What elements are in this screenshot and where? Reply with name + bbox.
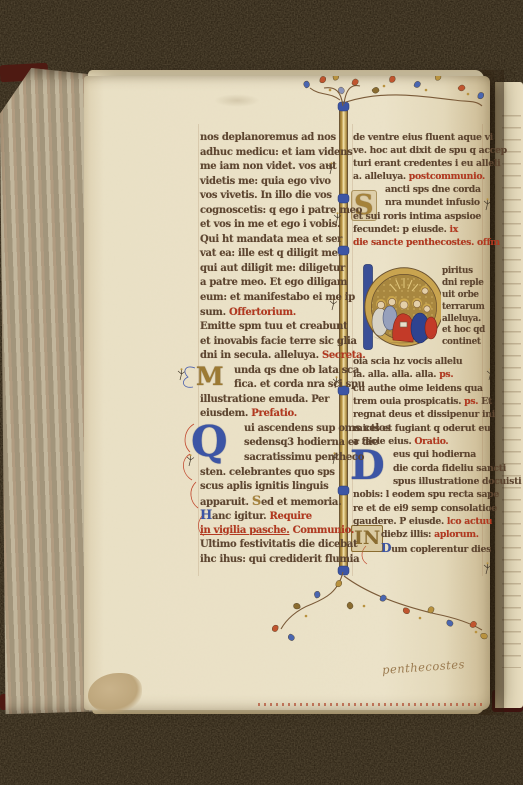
text-line: illustratione emuda. Per [200,393,350,408]
text-line: spus illustratione docuisti [353,475,484,488]
body-text: adhuc medicu: et iam videns [200,147,352,158]
body-text: a patre meo. Et ego diligam [200,277,347,288]
body-text: vos vivetis. In illo die vos [200,190,332,201]
body-text: continet [442,337,481,347]
text-line: uit orbe [442,290,486,302]
text-line: die corda fideliu sancti [353,462,484,475]
body-text: me iam non videt. vos aut [200,161,336,172]
rubric-text: lco actuu [447,516,492,527]
text-line: Emitte spm tuu et creabunt [200,320,350,335]
text-line: micis et fugiant q oderut eu [353,422,484,435]
body-text: piritus [442,266,473,276]
rubric-text: Communio. [293,525,354,536]
body-text: sum. [200,307,229,318]
body-text: unda qs dne ob lata sca [234,365,359,376]
body-text: et hoc qd [442,325,485,335]
text-line: de ventre eius fluent aque vi [353,131,484,144]
body-text: sacratissimu pentheco [244,452,364,463]
text-line: fica. et corda nra sci spu [200,378,350,393]
text-line: Ultimo festivitatis die dicebat [200,538,350,553]
text-line: sten. celebrantes quo sps [200,466,350,481]
body-text: alleluya. [442,314,481,324]
rubric-text: postcommunio. [409,171,485,182]
floor-shadow [373,334,435,343]
rubric-text: ps. [439,369,453,380]
body-text: dni reple [442,278,484,288]
body-text: micis et fugiant q oderut eu [353,423,490,434]
text-line: in vigilia pasche. Communio. [200,524,350,539]
rubric-text: die sancte penthecostes. offm [353,237,500,248]
text-line: sum. Offertorium. [200,306,350,321]
inline-initial: H [200,508,212,523]
pentecost-miniature [363,264,441,350]
text-line: fecundet: p eiusde. ix [353,223,484,236]
text-line: nra mundet infusio [353,196,484,209]
ivy-leaves-bottom [271,579,489,641]
body-text: um coplerentur dies [391,544,491,555]
text-line: Hanc igitur. Require [200,509,350,524]
holy-spirit-rays [390,278,418,291]
body-text: ve. hoc aut dixit de spu q accep [353,145,507,156]
text-line: a facie eius. Oratio. [353,435,484,448]
body-text: terrarum [442,302,485,312]
body-text: a. alleluya. [353,171,409,182]
body-text: vat ea: ille est q diligit me. [200,248,341,259]
text-line: gaudere. P eiusde. lco actuu [353,515,484,528]
text-line: unda qs dne ob lata sca [200,364,350,379]
inline-initial: S [252,494,261,509]
body-text: qui aut diligit me: diligetur [200,263,345,274]
inline-initial: D [381,541,391,555]
body-text: eiusdem. [200,408,251,419]
text-line: continet [442,337,486,349]
body-text: nobis: l eodem spu recta sape [353,489,499,500]
text-line: ia. alla. alla. alla. ps. [353,368,484,381]
text-line: trem ouia prospicatis. ps. Et [353,395,484,408]
text-line: turi erant credentes i eu alleli [353,157,484,170]
body-text: gaudere. P eiusde. [353,516,447,527]
text-line: eus qui hodierna [353,448,484,461]
rubric-text: ix [450,224,458,235]
body-text: Emitte spm tuu et creabunt [200,321,347,332]
body-text: et vos in me et ego i vobis. [200,219,340,230]
body-text: a facie eius. [353,436,414,447]
body-text: scus aplis ignitis linguis [200,481,328,492]
body-text: Qui ht mandata mea et ser [200,234,342,245]
rubric-text: ps. [464,396,481,407]
body-text: et sui roris intima aspsioe [353,211,481,222]
manuscript-page: M Q S D IN nos deplanoremus ad nosadhuc … [84,76,490,710]
body-text: videtis me: quia ego vivo [200,176,331,187]
body-text: anc igitur. [212,511,270,522]
body-text: fica. et corda nra sci spu [234,379,365,390]
text-line: vos vivetis. In illo die vos [200,189,350,204]
text-line: dni reple [442,278,486,290]
body-text: trem ouia prospicatis. [353,396,464,407]
rubric-text: Require [270,511,312,522]
text-line: die sancte penthecostes. offm [353,236,484,249]
text-line: re et de ei9 semp consolatioe [353,502,484,515]
rubric-text: Prefatio. [251,408,297,419]
body-text: eum: et manifestabo ei me ip [200,292,355,303]
text-line: ancti sps dne corda [353,183,484,196]
text-line: cu authe oime leidens qua [353,382,484,395]
text-line: Qui ht mandata mea et ser [200,233,350,248]
body-text: ihc ihus: qui crediderit flumia [200,554,359,565]
text-line: eum: et manifestabo ei me ip [200,291,350,306]
body-text: spus illustratione docuisti [393,476,521,487]
text-line: nos deplanoremus ad nos [200,131,350,146]
body-text: apparuit. [200,497,252,508]
text-line: regnat deus et dissipenur ini [353,408,484,421]
text-line: scus aplis ignitis linguis [200,480,350,495]
text-line: et hoc qd [442,325,486,337]
parchment-smudge [214,94,260,107]
fore-edge-page-stack [0,68,92,718]
apostle-figures [372,286,437,344]
text-line: diebz illis: aplorum. [353,528,484,541]
text-line: et sui roris intima aspsioe [353,210,484,223]
text-line: sacratissimu pentheco [200,451,350,466]
body-text: regnat deus et dissipenur ini [353,409,495,420]
text-line: Dum coplerentur dies [353,542,484,555]
right-text-column-top: de ventre eius fluent aque vive. hoc aut… [353,131,484,249]
text-line: ui ascendens sup oms celos [200,422,350,437]
parchment-stain [88,673,142,713]
text-line: qui aut diligit me: diligetur [200,262,350,277]
text-line: eiusdem. Prefatio. [200,407,350,422]
text-line: vat ea: ille est q diligit me. [200,247,350,262]
text-line: a patre meo. Et ego diligam [200,276,350,291]
body-text: eus qui hodierna [393,449,476,460]
rubric-text: Offertorium. [229,307,296,318]
catchword: penthecostes [382,657,466,677]
body-text: die corda fideliu sancti [393,463,506,474]
text-line: dni in secula. alleluya. Secreta. [200,349,350,364]
body-text: fecundet: p eiusde. [353,224,450,235]
text-line: nobis: l eodem spu recta sape [353,488,484,501]
text-line: apparuit. Sed et memoria. [200,495,350,510]
body-text: ed et memoria. [261,497,341,508]
text-line: ihc ihus: qui crediderit flumia [200,553,350,568]
body-text: ancti sps dne corda [385,184,481,195]
rubric-text: Oratio. [414,436,448,447]
rubric-text: aplorum. [434,529,479,540]
body-text: oia scia hz vocis allelu [353,356,462,367]
rubric-underlined: in vigilia pasche. [200,525,289,536]
body-text: Et [481,396,492,407]
text-line: videtis me: quia ego vivo [200,175,350,190]
text-line: oia scia hz vocis allelu [353,355,484,368]
body-text: re et de ei9 semp consolatioe [353,503,497,514]
left-text-column: nos deplanoremus ad nosadhuc medicu: et … [200,131,350,567]
facing-page-text-showthrough [502,112,521,668]
page-edge-red-speckle [258,703,482,706]
body-text: turi erant credentes i eu alleli [353,158,500,169]
body-text: diebz illis: [381,529,434,540]
text-line: ve. hoc aut dixit de spu q accep [353,144,484,157]
text-line: alleluya. [442,314,486,326]
ivy-leaves-top [303,76,486,100]
text-line: et vos in me et ego i vobis. [200,218,350,233]
body-text: illustratione emuda. Per [200,394,329,405]
text-line: a. alleluya. postcommunio. [353,170,484,183]
body-text: uit orbe [442,290,479,300]
body-text: nos deplanoremus ad nos [200,132,336,143]
ruling-line [198,124,199,576]
right-text-beside-miniature: piritusdni repleuit orbeterrarumalleluya… [442,266,486,349]
text-line: piritus [442,266,486,278]
manuscript-photo: M Q S D IN nos deplanoremus ad nosadhuc … [0,0,523,785]
body-text: dni in secula. alleluya. [200,350,322,361]
text-line: terrarum [442,302,486,314]
text-line: et inovabis facie terre sic glia [200,335,350,350]
body-text: et inovabis facie terre sic glia [200,336,357,347]
body-text: cognoscetis: q ego i patre meo [200,205,362,216]
right-text-column-bottom: oia scia hz vocis alleluia. alla. alla. … [353,355,484,555]
body-text: ia. alla. alla. alla. [353,369,439,380]
text-line: me iam non videt. vos aut [200,160,350,175]
ivy-vine-top [310,86,482,106]
body-text: cu authe oime leidens qua [353,383,483,394]
body-text: de ventre eius fluent aque vi [353,132,493,143]
body-text: nra mundet infusio [385,197,480,208]
body-text: Ultimo festivitatis die dicebat [200,539,357,550]
body-text: sten. celebrantes quo sps [200,467,335,478]
text-line: sedensq3 hodierna er die [200,436,350,451]
text-line: cognoscetis: q ego i patre meo [200,204,350,219]
text-line: adhuc medicu: et iam videns [200,146,350,161]
ivy-vine-bottom [281,572,482,630]
